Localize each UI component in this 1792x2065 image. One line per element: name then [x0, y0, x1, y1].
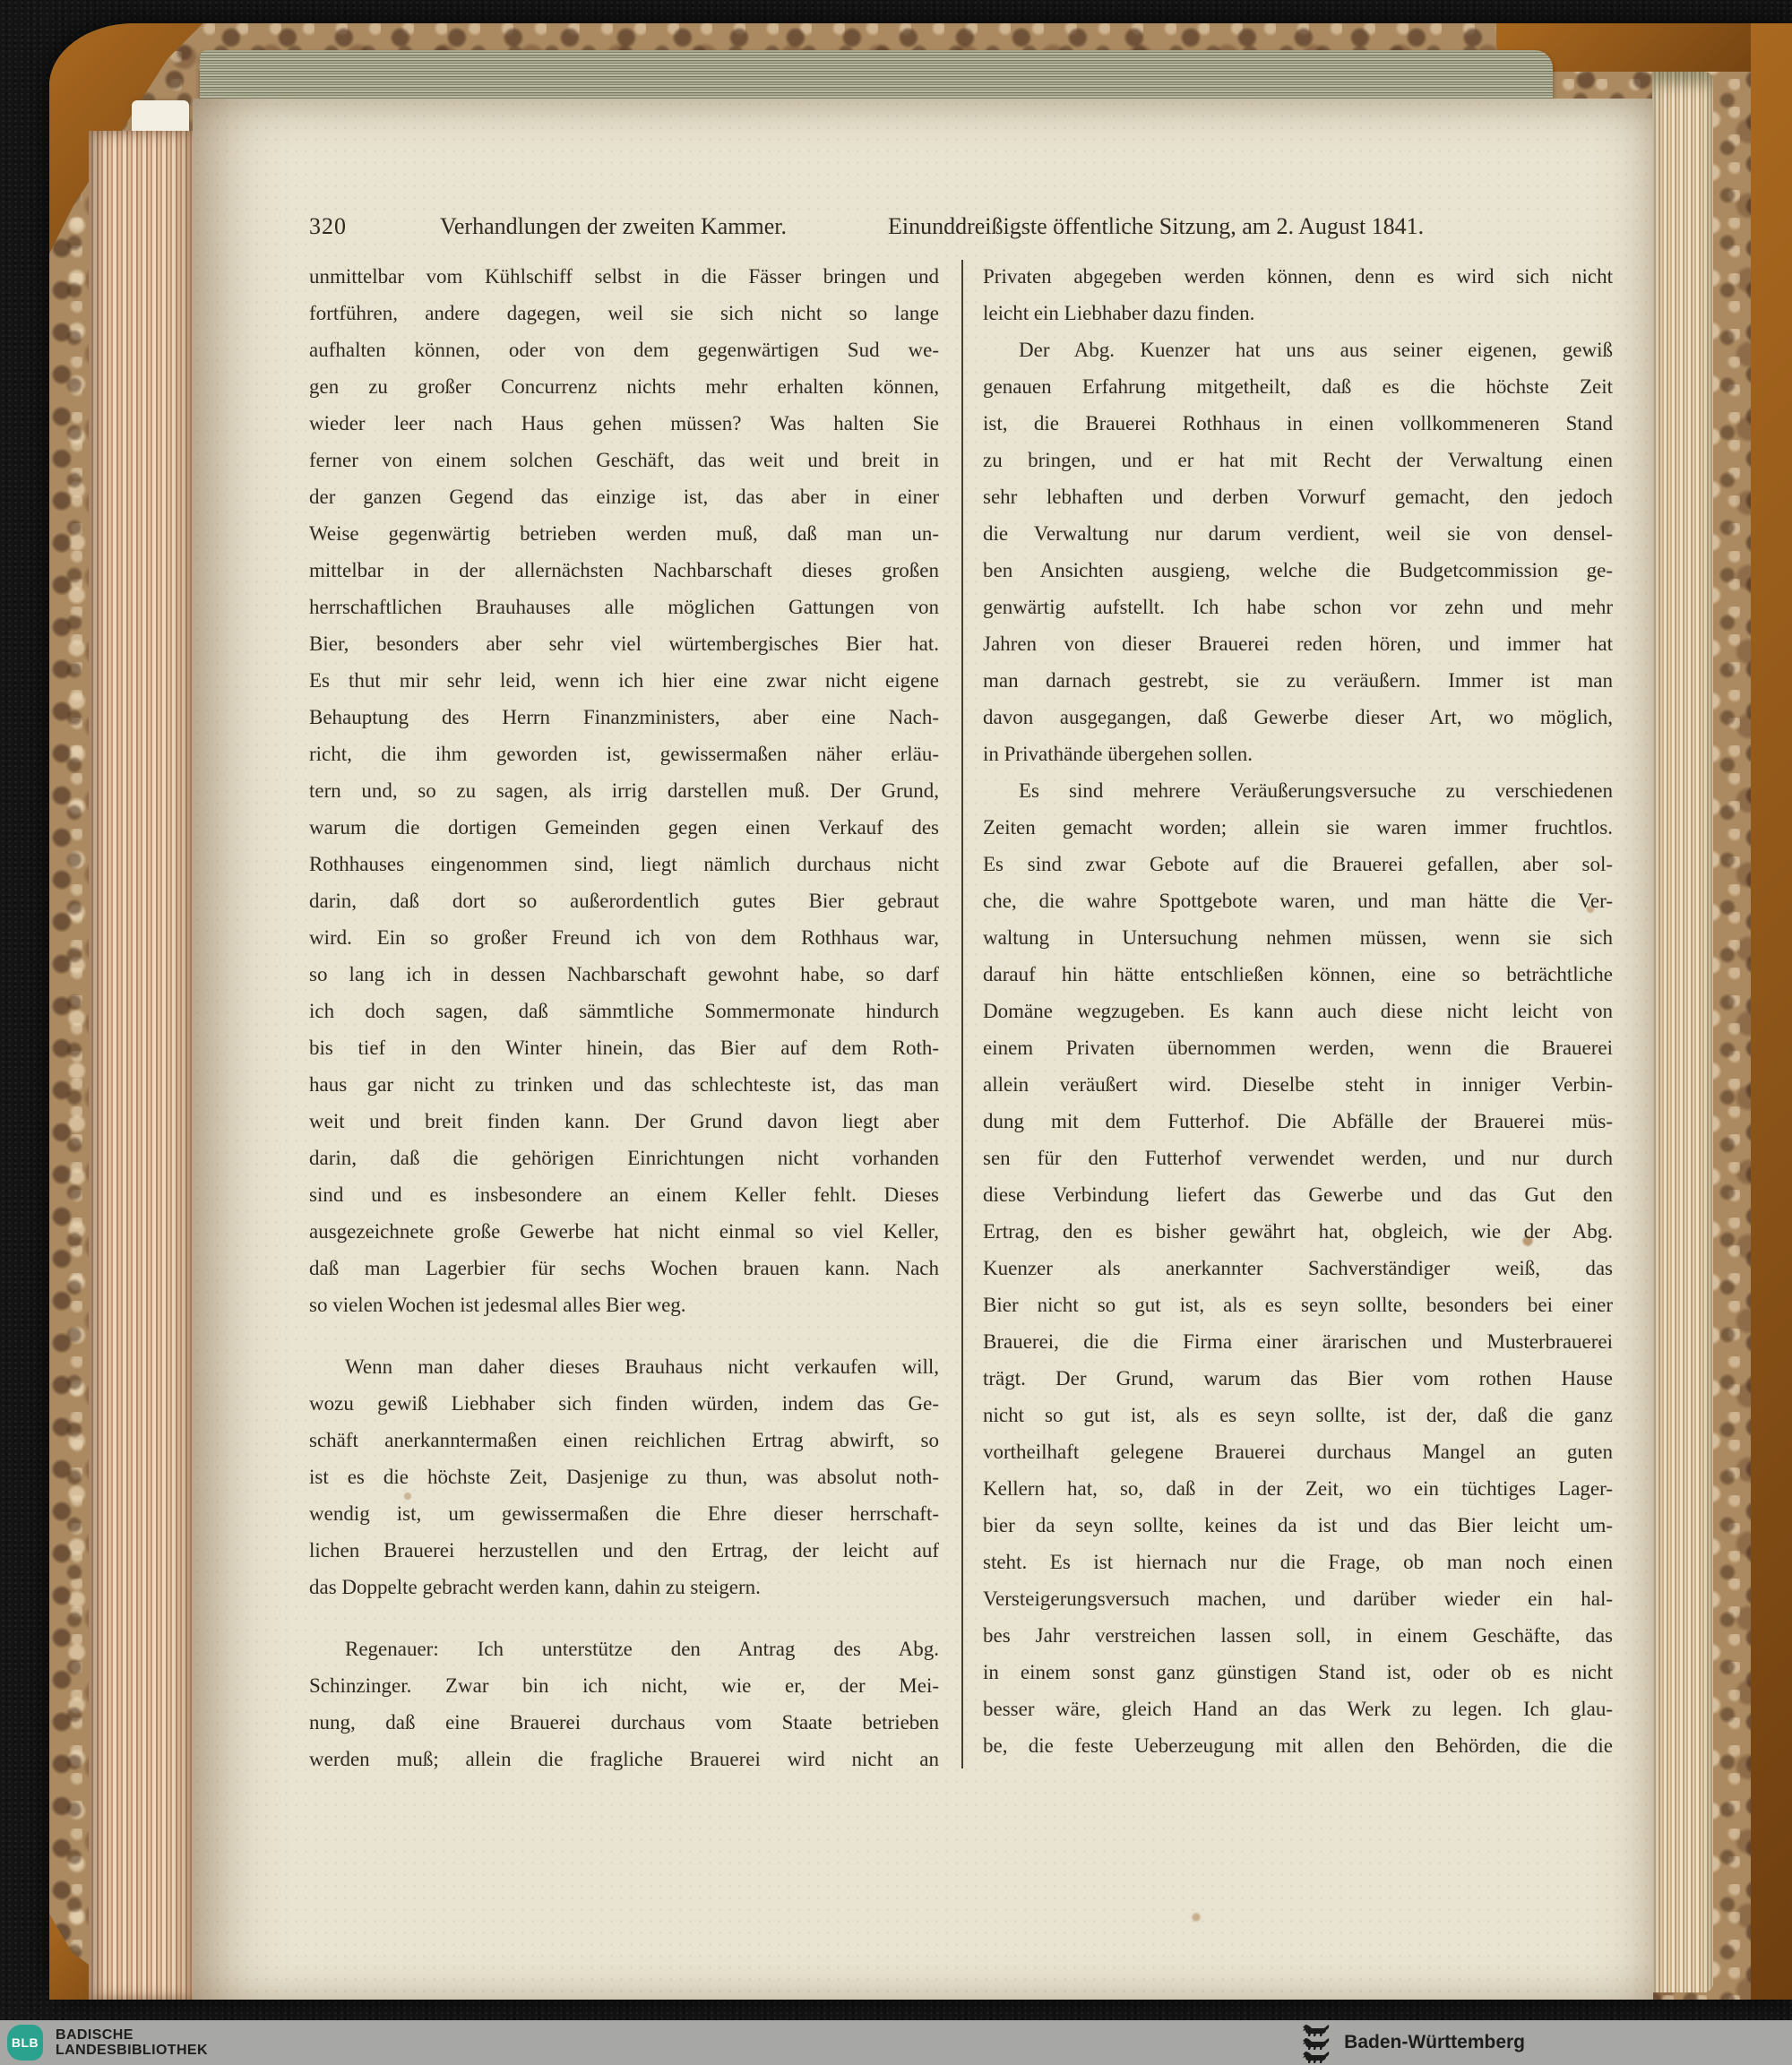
text-line: darin, daß die gehörigen Einrichtungen n… [309, 1140, 939, 1176]
text-line: Regenauer: Ich unterstütze den Antrag de… [309, 1630, 939, 1667]
header-title: Verhandlungen der zweiten Kammer. [440, 213, 888, 240]
text-line: diese Verbindung liefert das Gewerbe und… [983, 1176, 1613, 1213]
text-line: Der Abg. Kuenzer hat uns aus seiner eige… [983, 331, 1613, 368]
page-block-gutter-edges [89, 131, 196, 2000]
right-column: Privaten abgegeben werden können, denn e… [983, 258, 1613, 1777]
text-line: lichen Brauerei herzustellen und den Ert… [309, 1532, 939, 1569]
text-line: bes Jahr verstreichen lassen soll, in ei… [983, 1617, 1613, 1654]
page-block-top-edges [200, 50, 1553, 102]
text-line: Versteigerungsversuch machen, und darübe… [983, 1580, 1613, 1617]
text-line: Es sind mehrere Veräußerungsversuche zu … [983, 772, 1613, 809]
text-line: aufhalten können, oder von dem gegenwärt… [309, 331, 939, 368]
text-line: wieder leer nach Haus gehen müssen? Was … [309, 405, 939, 442]
text-line: ben Ansichten ausgieng, welche die Budge… [983, 552, 1613, 589]
state-label: Baden-Württemberg [1344, 2032, 1525, 2053]
text-line: Wenn man daher dieses Brauhaus nicht ver… [309, 1348, 939, 1385]
text-line: daß man Lagerbier für sechs Wochen braue… [309, 1250, 939, 1286]
text-line: ist es die höchste Zeit, Dasjenige zu th… [309, 1458, 939, 1495]
text-line: gen zu großer Concurrenz nichts mehr erh… [309, 368, 939, 405]
text-line: ferner von einem solchen Geschäft, das w… [309, 442, 939, 478]
text-line: darin, daß dort so außerordentlich gutes… [309, 882, 939, 919]
text-line: darauf hin hätte entschließen können, ei… [983, 956, 1613, 993]
text-line: schäft anerkanntermaßen einen reichliche… [309, 1422, 939, 1458]
paragraph: unmittelbar vom Kühlschiff selbst in die… [309, 258, 939, 1323]
text-line: Kuenzer als anerkannter Sachverständiger… [983, 1250, 1613, 1286]
text-line: so vielen Wochen ist jedesmal alles Bier… [309, 1286, 939, 1323]
text-line: so lang ich in dessen Nachbarschaft gewo… [309, 956, 939, 993]
page-number: 320 [309, 213, 440, 240]
text-line: haus gar nicht zu trinken und das schlec… [309, 1066, 939, 1103]
left-column: unmittelbar vom Kühlschiff selbst in die… [309, 258, 939, 1777]
header-session: Einunddreißigste öffentliche Sitzung, am… [888, 213, 1613, 240]
text-line: dung mit dem Futterhof. Die Abfälle der … [983, 1103, 1613, 1140]
library-name-line1: BADISCHE [56, 2027, 208, 2043]
text-line: einem Privaten übernommen werden, wenn d… [983, 1029, 1613, 1066]
text-line: herrschaftlichen Brauhauses alle möglich… [309, 589, 939, 625]
text-line: genwärtig aufstellt. Ich habe schon vor … [983, 589, 1613, 625]
text-line: mittelbar in der allernächsten Nachbarsc… [309, 552, 939, 589]
text-line: ich doch sagen, daß sämmtliche Sommermon… [309, 993, 939, 1029]
baden-wuerttemberg-lions-icon [1301, 2022, 1331, 2063]
library-footer-bar: BLB BADISCHE LANDESBIBLIOTHEK Baden-Würt… [0, 2020, 1792, 2065]
page-print-area: 320 Verhandlungen der zweiten Kammer. Ei… [309, 213, 1613, 1777]
text-line: genauen Erfahrung mitgetheilt, daß es di… [983, 368, 1613, 405]
text-line: Weise gegenwärtig betrieben werden muß, … [309, 515, 939, 552]
text-line: Behauptung des Herrn Finanzministers, ab… [309, 699, 939, 736]
text-line: steht. Es ist hiernach nur die Frage, ob… [983, 1544, 1613, 1580]
text-line: sind und es insbesondere an einem Keller… [309, 1176, 939, 1213]
text-line: Bier, besonders aber sehr viel würtember… [309, 625, 939, 662]
text-line: ist, die Brauerei Rothhaus in einen voll… [983, 405, 1613, 442]
text-line: warum die dortigen Gemeinden gegen einen… [309, 809, 939, 846]
text-line: in einem sonst ganz günstigen Stand ist,… [983, 1654, 1613, 1691]
text-line: trägt. Der Grund, warum das Bier vom rot… [983, 1360, 1613, 1397]
text-line: vortheilhaft gelegene Brauerei durchaus … [983, 1433, 1613, 1470]
library-branding: BLB BADISCHE LANDESBIBLIOTHEK [7, 2025, 208, 2061]
text-line: Rothhauses eingenommen sind, liegt nämli… [309, 846, 939, 882]
text-line: sehr lebhaften und derben Vorwurf gemach… [983, 478, 1613, 515]
text-line: die Verwaltung nur darum verdient, weil … [983, 515, 1613, 552]
paragraph: Wenn man daher dieses Brauhaus nicht ver… [309, 1348, 939, 1605]
blb-logo-icon: BLB [7, 2025, 43, 2061]
text-line: Schinzinger. Zwar bin ich nicht, wie er,… [309, 1667, 939, 1704]
text-line: wendig ist, um gewissermaßen die Ehre di… [309, 1495, 939, 1532]
text-line: fortführen, andere dagegen, weil sie sic… [309, 295, 939, 331]
text-line: Es thut mir sehr leid, wenn ich hier ein… [309, 662, 939, 699]
text-line: wird. Ein so großer Freund ich von dem R… [309, 919, 939, 956]
text-line: wozu gewiß Liebhaber sich finden würden,… [309, 1385, 939, 1422]
text-line: che, die wahre Spottgebote waren, und ma… [983, 882, 1613, 919]
paragraph: Der Abg. Kuenzer hat uns aus seiner eige… [983, 331, 1613, 772]
text-line: werden muß; allein die fragliche Brauere… [309, 1741, 939, 1777]
text-line: Es sind zwar Gebote auf die Brauerei gef… [983, 846, 1613, 882]
text-line: Brauerei, die die Firma einer ärarischen… [983, 1323, 1613, 1360]
paragraph: Es sind mehrere Veräußerungsversuche zu … [983, 772, 1613, 1764]
text-line: Ertrag, den es bisher gewährt hat, obgle… [983, 1213, 1613, 1250]
text-line: Domäne wegzugeben. Es kann auch diese ni… [983, 993, 1613, 1029]
text-line: zu bringen, und er hat mit Recht der Ver… [983, 442, 1613, 478]
text-line: sen für den Futterhof verwendet werden, … [983, 1140, 1613, 1176]
text-line: nung, daß eine Brauerei durchaus vom Sta… [309, 1704, 939, 1741]
text-line: nicht so gut ist, als es seyn sollte, is… [983, 1397, 1613, 1433]
text-line: man darnach gestrebt, sie zu veräußern. … [983, 662, 1613, 699]
library-name-line2: LANDESBIBLIOTHEK [56, 2043, 208, 2058]
text-line: besser wäre, gleich Hand an das Werk zu … [983, 1691, 1613, 1727]
leather-spine-right [1751, 23, 1792, 2000]
running-header: 320 Verhandlungen der zweiten Kammer. Ei… [309, 213, 1613, 240]
paragraph: Regenauer: Ich unterstütze den Antrag de… [309, 1630, 939, 1777]
blb-logo-text: BLB [12, 2035, 39, 2050]
text-line: Privaten abgegeben werden können, denn e… [983, 258, 1613, 295]
text-line: das Doppelte gebracht werden kann, dahin… [309, 1569, 939, 1605]
text-line: Jahren von dieser Brauerei reden hören, … [983, 625, 1613, 662]
state-branding: Baden-Württemberg [1301, 2022, 1525, 2063]
text-line: allein veräußert wird. Dieselbe steht in… [983, 1066, 1613, 1103]
library-name: BADISCHE LANDESBIBLIOTHEK [56, 2027, 208, 2058]
page-block-fore-edges [1652, 72, 1713, 1992]
text-line: unmittelbar vom Kühlschiff selbst in die… [309, 258, 939, 295]
text-line: Kellern hat, so, daß in der Zeit, wo ein… [983, 1470, 1613, 1507]
text-line: davon ausgegangen, daß Gewerbe dieser Ar… [983, 699, 1613, 736]
text-line: richt, die ihm geworden ist, gewissermaß… [309, 736, 939, 772]
text-line: waltung in Untersuchung nehmen müssen, w… [983, 919, 1613, 956]
text-line: weit und breit finden kann. Der Grund da… [309, 1103, 939, 1140]
paragraph: Privaten abgegeben werden können, denn e… [983, 258, 1613, 331]
text-columns: unmittelbar vom Kühlschiff selbst in die… [309, 258, 1613, 1777]
text-line: bis tief in den Winter hinein, das Bier … [309, 1029, 939, 1066]
text-line: Bier nicht so gut ist, als es seyn sollt… [983, 1286, 1613, 1323]
text-line: tern und, so zu sagen, als irrig darstel… [309, 772, 939, 809]
scanned-book-photo: 320 Verhandlungen der zweiten Kammer. Ei… [0, 0, 1792, 2065]
text-line: Zeiten gemacht worden; allein sie waren … [983, 809, 1613, 846]
text-line: be, die feste Ueberzeugung mit allen den… [983, 1727, 1613, 1764]
text-line: bier da seyn sollte, keines da ist und d… [983, 1507, 1613, 1544]
text-line: leicht ein Liebhaber dazu finden. [983, 295, 1613, 331]
text-line: in Privathände übergehen sollen. [983, 736, 1613, 772]
text-line: der ganzen Gegend das einzige ist, das a… [309, 478, 939, 515]
text-line: ausgezeichnete große Gewerbe hat nicht e… [309, 1213, 939, 1250]
